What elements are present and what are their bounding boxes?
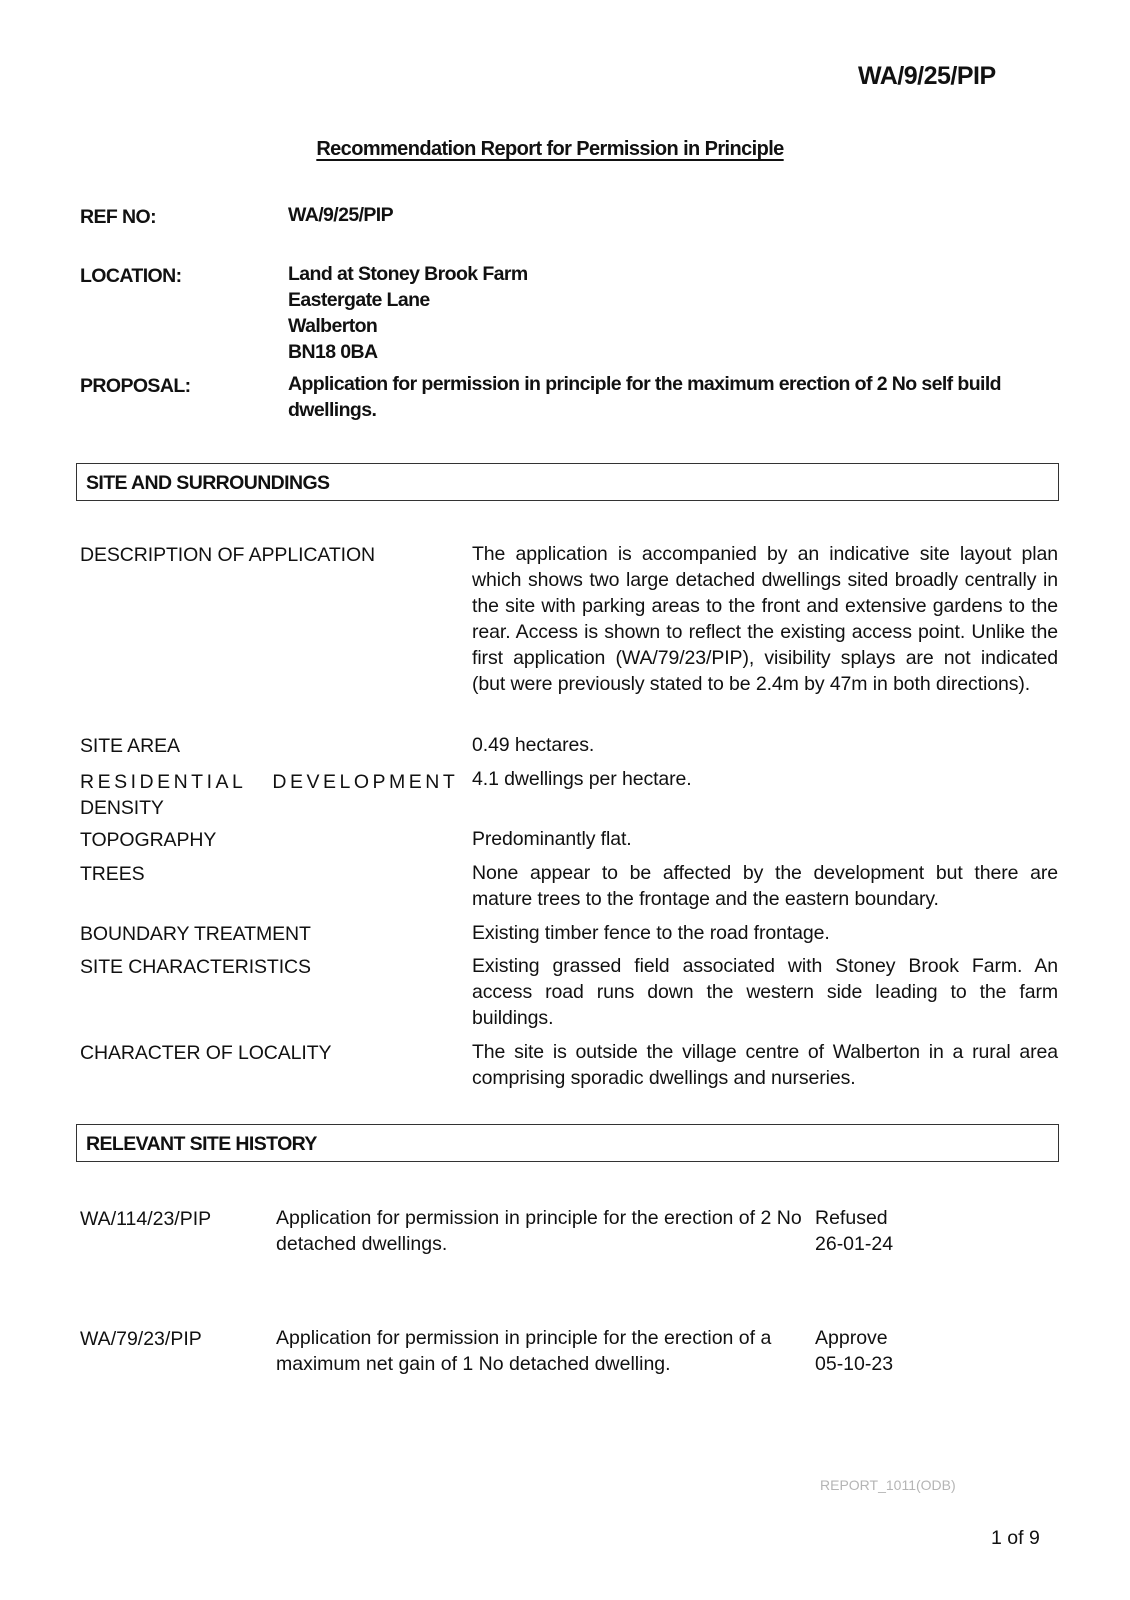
history-ref: WA/114/23/PIP bbox=[80, 1208, 211, 1231]
row-label-site-area: SITE AREA bbox=[80, 735, 180, 758]
row-label-density-line1: RESIDENTIAL DEVELOPMENT bbox=[80, 769, 458, 795]
location-line: Walberton bbox=[288, 313, 1058, 339]
row-value-site-characteristics: Existing grassed field associated with S… bbox=[472, 953, 1058, 1031]
proposal-label: PROPOSAL: bbox=[80, 375, 191, 398]
page-title-text: Recommendation Report for Permission in … bbox=[316, 138, 783, 160]
row-label-topography: TOPOGRAPHY bbox=[80, 829, 216, 852]
row-value-description: The application is accompanied by an ind… bbox=[472, 541, 1058, 697]
page-title: Recommendation Report for Permission in … bbox=[0, 138, 1100, 161]
row-value-site-area: 0.49 hectares. bbox=[472, 732, 1058, 758]
row-value-density: 4.1 dwellings per hectare. bbox=[472, 766, 1058, 792]
report-code: REPORT_1011(ODB) bbox=[820, 1477, 956, 1493]
location-line: Land at Stoney Brook Farm bbox=[288, 261, 1058, 287]
history-decision-date: 26-01-24 bbox=[815, 1231, 893, 1257]
row-label-site-characteristics: SITE CHARACTERISTICS bbox=[80, 956, 311, 979]
location-label: LOCATION: bbox=[80, 265, 181, 288]
row-value-trees: None appear to be affected by the develo… bbox=[472, 860, 1058, 912]
history-description: Application for permission in principle … bbox=[276, 1205, 814, 1257]
row-label-character-of-locality: CHARACTER OF LOCALITY bbox=[80, 1042, 331, 1065]
row-label-density-line2: DENSITY bbox=[80, 795, 458, 821]
location-line: BN18 0BA bbox=[288, 339, 1058, 365]
row-label-trees: TREES bbox=[80, 863, 145, 886]
history-decision: Approve 05-10-23 bbox=[815, 1325, 893, 1377]
row-value-boundary: Existing timber fence to the road fronta… bbox=[472, 920, 1058, 946]
history-decision-status: Refused bbox=[815, 1205, 893, 1231]
location-value: Land at Stoney Brook Farm Eastergate Lan… bbox=[288, 261, 1058, 365]
row-value-topography: Predominantly flat. bbox=[472, 826, 1058, 852]
location-line: Eastergate Lane bbox=[288, 287, 1058, 313]
history-decision-date: 05-10-23 bbox=[815, 1351, 893, 1377]
section-heading-site-and-surroundings: SITE AND SURROUNDINGS bbox=[76, 463, 1059, 501]
proposal-value: Application for permission in principle … bbox=[288, 371, 1058, 423]
history-description: Application for permission in principle … bbox=[276, 1325, 814, 1377]
history-decision-status: Approve bbox=[815, 1325, 893, 1351]
section-heading-site-history: RELEVANT SITE HISTORY bbox=[76, 1124, 1059, 1162]
ref-no-label: REF NO: bbox=[80, 206, 156, 229]
row-label-description: DESCRIPTION OF APPLICATION bbox=[80, 544, 375, 567]
history-decision: Refused 26-01-24 bbox=[815, 1205, 893, 1257]
history-ref: WA/79/23/PIP bbox=[80, 1328, 202, 1351]
row-value-character-of-locality: The site is outside the village centre o… bbox=[472, 1039, 1058, 1091]
row-label-density: RESIDENTIAL DEVELOPMENT DENSITY bbox=[80, 769, 458, 821]
row-label-boundary: BOUNDARY TREATMENT bbox=[80, 923, 311, 946]
page-indicator: 1 of 9 bbox=[991, 1527, 1040, 1550]
ref-no-value: WA/9/25/PIP bbox=[288, 202, 1058, 228]
header-reference: WA/9/25/PIP bbox=[858, 62, 996, 91]
